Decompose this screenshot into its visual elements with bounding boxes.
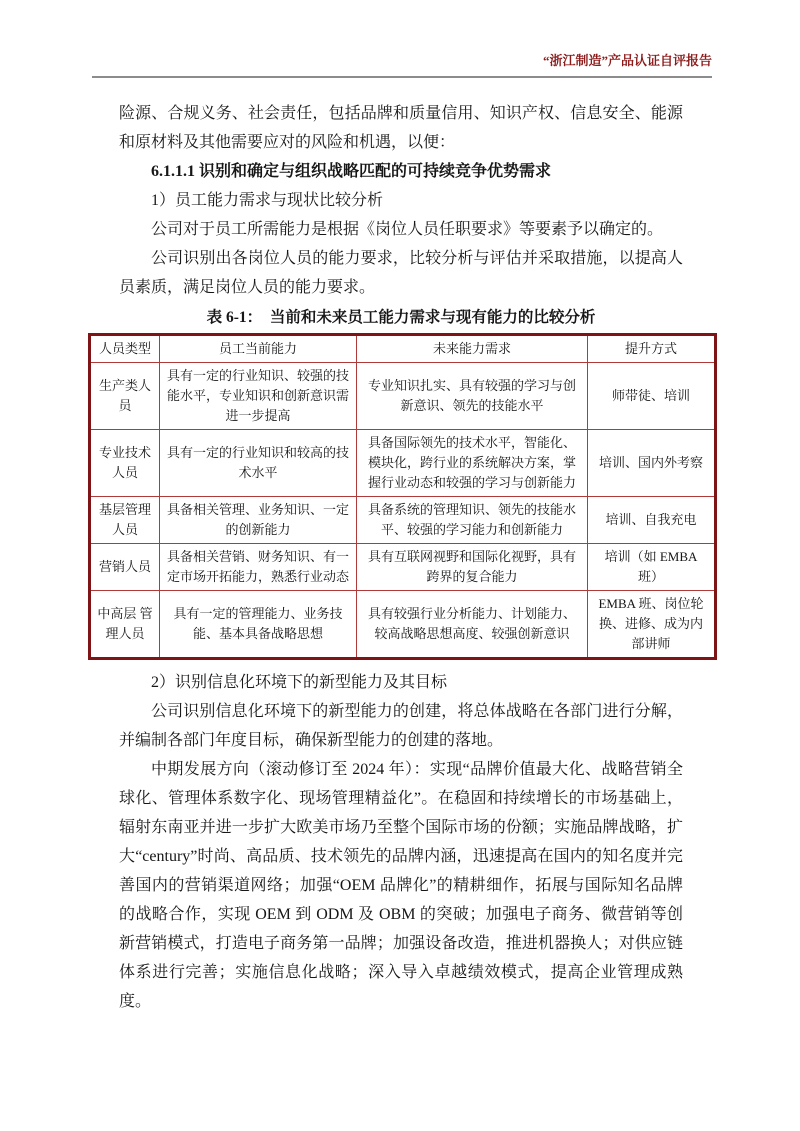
paragraph-4: 中期发展方向（滚动修订至 2024 年）：实现“品牌价值最大化、战略营销全球化、…: [119, 755, 683, 1016]
table-cell: 具有互联网视野和国际化视野，具有跨界的复合能力: [357, 544, 588, 591]
page-content: 险源、合规义务、社会责任，包括品牌和质量信用、知识产权、信息安全、能源和原材料及…: [119, 99, 683, 1016]
paragraph-intro: 险源、合规义务、社会责任，包括品牌和质量信用、知识产权、信息安全、能源和原材料及…: [119, 99, 683, 157]
table-cell: 具备系统的管理知识、领先的技能水平、较强的学习能力和创新能力: [357, 497, 588, 544]
table-row: 专业技术人员 具有一定的行业知识和较高的技术水平 具备国际领先的技术水平，智能化…: [90, 430, 716, 497]
table-cell: 中高层 管理人员: [90, 591, 160, 659]
table-cell: 具有一定的管理能力、业务技能、基本具备战略思想: [160, 591, 357, 659]
table-row: 中高层 管理人员 具有一定的管理能力、业务技能、基本具备战略思想 具有较强行业分…: [90, 591, 716, 659]
table-row: 生产类人员 具有一定的行业知识、较强的技能水平，专业知识和创新意识需进一步提高 …: [90, 363, 716, 430]
table-row: 营销人员 具备相关营销、财务知识、有一定市场开拓能力，熟悉行业动态 具有互联网视…: [90, 544, 716, 591]
table-cell: 具备相关营销、财务知识、有一定市场开拓能力，熟悉行业动态: [160, 544, 357, 591]
table-cell: 专业知识扎实、具有较强的学习与创新意识、领先的技能水平: [357, 363, 588, 430]
table-header-cell: 未来能力需求: [357, 335, 588, 363]
table-cell: 专业技术人员: [90, 430, 160, 497]
table-header-cell: 提升方式: [588, 335, 716, 363]
table-cell: 师带徒、培训: [588, 363, 716, 430]
table-cell: 培训、自我充电: [588, 497, 716, 544]
table-row: 基层管理人员 具备相关管理、业务知识、一定的创新能力 具备系统的管理知识、领先的…: [90, 497, 716, 544]
table-cell: 营销人员: [90, 544, 160, 591]
table-cell: 具有较强行业分析能力、计划能力、较高战略思想高度、较强创新意识: [357, 591, 588, 659]
table-cell: 具有一定的行业知识和较高的技术水平: [160, 430, 357, 497]
table-cell: 具有一定的行业知识、较强的技能水平，专业知识和创新意识需进一步提高: [160, 363, 357, 430]
list-item-1: 1）员工能力需求与现状比较分析: [119, 186, 683, 215]
table-header-cell: 人员类型: [90, 335, 160, 363]
table-cell: 具备国际领先的技术水平，智能化、模块化，跨行业的系统解决方案，掌握行业动态和较强…: [357, 430, 588, 497]
section-heading-6111: 6.1.1.1 识别和确定与组织战略匹配的可持续竞争优势需求: [119, 157, 683, 186]
table-cell: EMBA 班、岗位轮换、进修、成为内部讲师: [588, 591, 716, 659]
paragraph-3: 公司识别信息化环境下的新型能力的创建，将总体战略在各部门进行分解，并编制各部门年…: [119, 697, 683, 755]
table-cell: 生产类人员: [90, 363, 160, 430]
table-cell: 培训、国内外考察: [588, 430, 716, 497]
table-header-row: 人员类型 员工当前能力 未来能力需求 提升方式: [90, 335, 716, 363]
header-title: “浙江制造”产品认证自评报告: [543, 53, 712, 68]
paragraph-1: 公司对于员工所需能力是根据《岗位人员任职要求》等要素予以确定的。: [119, 215, 683, 244]
page-header: “浙江制造”产品认证自评报告: [92, 50, 712, 78]
table-caption: 表 6-1： 当前和未来员工能力需求与现有能力的比较分析: [119, 302, 683, 333]
table-cell: 培训（如 EMBA 班）: [588, 544, 716, 591]
paragraph-2: 公司识别出各岗位人员的能力要求，比较分析与评估并采取措施，以提高人员素质，满足岗…: [119, 244, 683, 302]
report-page: “浙江制造”产品认证自评报告 险源、合规义务、社会责任，包括品牌和质量信用、知识…: [0, 0, 800, 1131]
table-header-cell: 员工当前能力: [160, 335, 357, 363]
list-item-2: 2）识别信息化环境下的新型能力及其目标: [119, 668, 683, 697]
table-cell: 基层管理人员: [90, 497, 160, 544]
capability-comparison-table: 人员类型 员工当前能力 未来能力需求 提升方式 生产类人员 具有一定的行业知识、…: [88, 333, 717, 660]
table-cell: 具备相关管理、业务知识、一定的创新能力: [160, 497, 357, 544]
